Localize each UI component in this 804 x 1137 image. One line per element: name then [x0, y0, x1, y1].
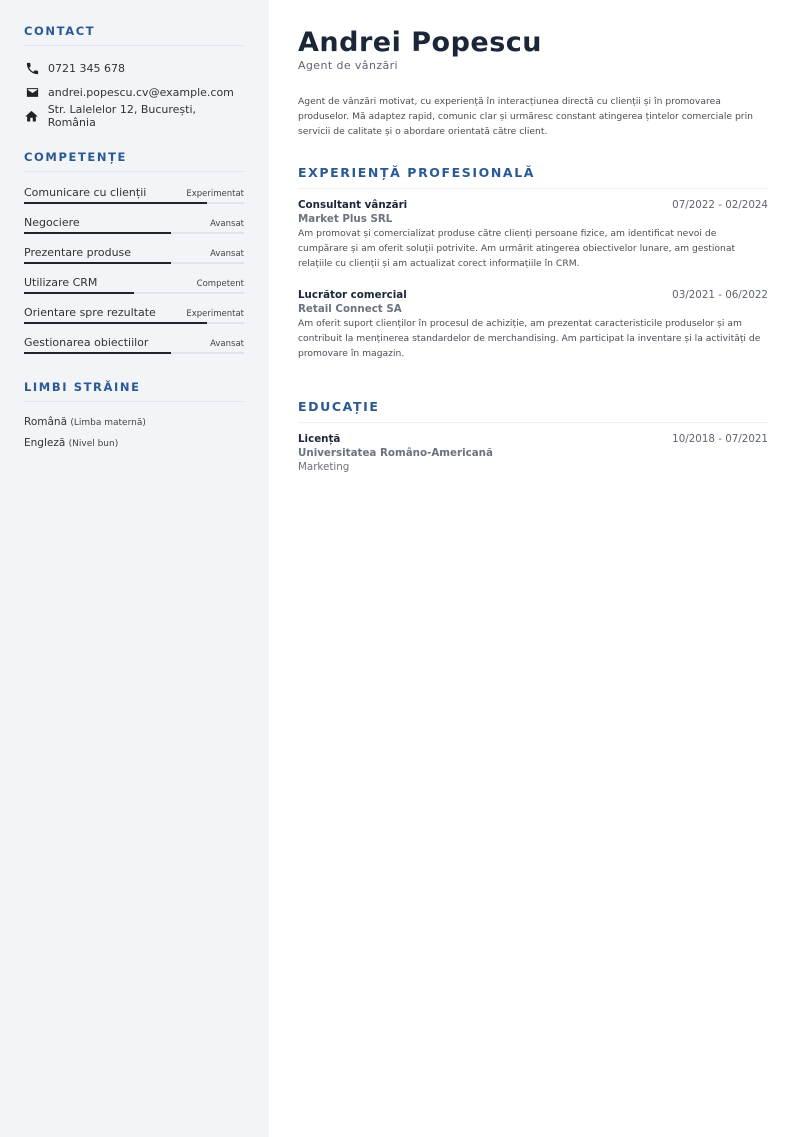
skill-level-fill [24, 352, 171, 354]
skills-title: COMPETENȚE [24, 150, 244, 172]
company-name: Retail Connect SA [298, 303, 768, 315]
contact-email: andrei.popescu.cv@example.com [24, 80, 244, 104]
company-name: Market Plus SRL [298, 213, 768, 225]
job-title: Lucrător comercial [298, 289, 407, 301]
experience-section: EXPERIENȚĂ PROFESIONALĂ Consultant vânză… [298, 165, 768, 361]
skill-item: Orientare spre rezultateExperimentat [24, 302, 244, 324]
skill-level-bar [24, 322, 244, 324]
sidebar: CONTACT 0721 345 678 andrei.popescu.cv@e… [0, 0, 269, 1137]
education-dates: 10/2018 - 07/2021 [672, 433, 768, 445]
job-title: Consultant vânzări [298, 199, 407, 211]
resume-header: Andrei Popescu Agent de vânzări Agent de… [298, 26, 768, 139]
skill-level: Avansat [210, 339, 244, 349]
education-section: EDUCAȚIE Licență10/2018 - 07/2021Univers… [298, 399, 768, 473]
skill-name: Gestionarea obiectiilor [24, 336, 148, 349]
language-item: Română (Limba maternă) [24, 412, 244, 433]
skill-level-bar [24, 292, 244, 294]
skill-name: Negociere [24, 216, 80, 229]
skill-level: Avansat [210, 249, 244, 259]
skills-section: COMPETENȚE Comunicare cu cliențiiExperim… [24, 150, 244, 354]
languages-section: LIMBI STRĂINE Română (Limba maternă)Engl… [24, 380, 244, 454]
skill-level-fill [24, 292, 134, 294]
contact-phone: 0721 345 678 [24, 56, 244, 80]
phone-text: 0721 345 678 [48, 62, 125, 75]
job-role: Agent de vânzări [298, 59, 768, 72]
skill-item: NegociereAvansat [24, 212, 244, 234]
skill-item: Utilizare CRMCompetent [24, 272, 244, 294]
skill-item: Prezentare produseAvansat [24, 242, 244, 264]
phone-icon [24, 60, 40, 76]
language-level: (Limba maternă) [70, 418, 146, 428]
skill-level: Avansat [210, 219, 244, 229]
language-item: Engleză (Nivel bun) [24, 433, 244, 454]
job-dates: 03/2021 - 06/2022 [672, 289, 768, 301]
experience-entry: Lucrător comercial03/2021 - 06/2022Retai… [298, 289, 768, 361]
skill-level-fill [24, 202, 207, 204]
language-name: Română [24, 416, 67, 428]
experience-title: EXPERIENȚĂ PROFESIONALĂ [298, 165, 768, 189]
skill-level: Experimentat [186, 189, 244, 199]
skill-level-bar [24, 232, 244, 234]
skill-item: Gestionarea obiectiilorAvansat [24, 332, 244, 354]
contact-address: Str. Lalelelor 12, București, România [24, 104, 244, 128]
skill-level-bar [24, 202, 244, 204]
job-description: Am promovat și comercializat produse căt… [298, 226, 768, 271]
email-text[interactable]: andrei.popescu.cv@example.com [48, 86, 234, 99]
experience-entry: Consultant vânzări07/2022 - 02/2024Marke… [298, 199, 768, 271]
skill-level-fill [24, 322, 207, 324]
skill-name: Utilizare CRM [24, 276, 97, 289]
mail-icon [24, 84, 40, 100]
person-name: Andrei Popescu [298, 26, 768, 60]
skill-name: Orientare spre rezultate [24, 306, 156, 319]
job-dates: 07/2022 - 02/2024 [672, 199, 768, 211]
skill-name: Comunicare cu clienții [24, 186, 146, 199]
job-description: Am oferit suport clienților în procesul … [298, 316, 768, 361]
skill-level-bar [24, 262, 244, 264]
contact-section: CONTACT 0721 345 678 andrei.popescu.cv@e… [24, 24, 244, 128]
language-name: Engleză [24, 437, 65, 449]
address-text: Str. Lalelelor 12, București, România [48, 103, 244, 129]
home-icon [24, 108, 40, 124]
skill-name: Prezentare produse [24, 246, 131, 259]
skill-level-fill [24, 232, 171, 234]
skill-level-bar [24, 352, 244, 354]
education-title: EDUCAȚIE [298, 399, 768, 423]
language-level: (Nivel bun) [69, 439, 119, 449]
skill-level: Experimentat [186, 309, 244, 319]
skill-level: Competent [197, 279, 244, 289]
languages-title: LIMBI STRĂINE [24, 380, 244, 402]
main-content: Andrei Popescu Agent de vânzări Agent de… [269, 0, 804, 1137]
institution-name: Universitatea Româno-Americană [298, 447, 768, 459]
profile-summary: Agent de vânzări motivat, cu experiență … [298, 94, 768, 139]
skill-item: Comunicare cu cliențiiExperimentat [24, 182, 244, 204]
education-entry: Licență10/2018 - 07/2021Universitatea Ro… [298, 433, 768, 473]
degree-title: Licență [298, 433, 340, 445]
contact-title: CONTACT [24, 24, 244, 46]
skill-level-fill [24, 262, 171, 264]
study-field: Marketing [298, 461, 768, 473]
